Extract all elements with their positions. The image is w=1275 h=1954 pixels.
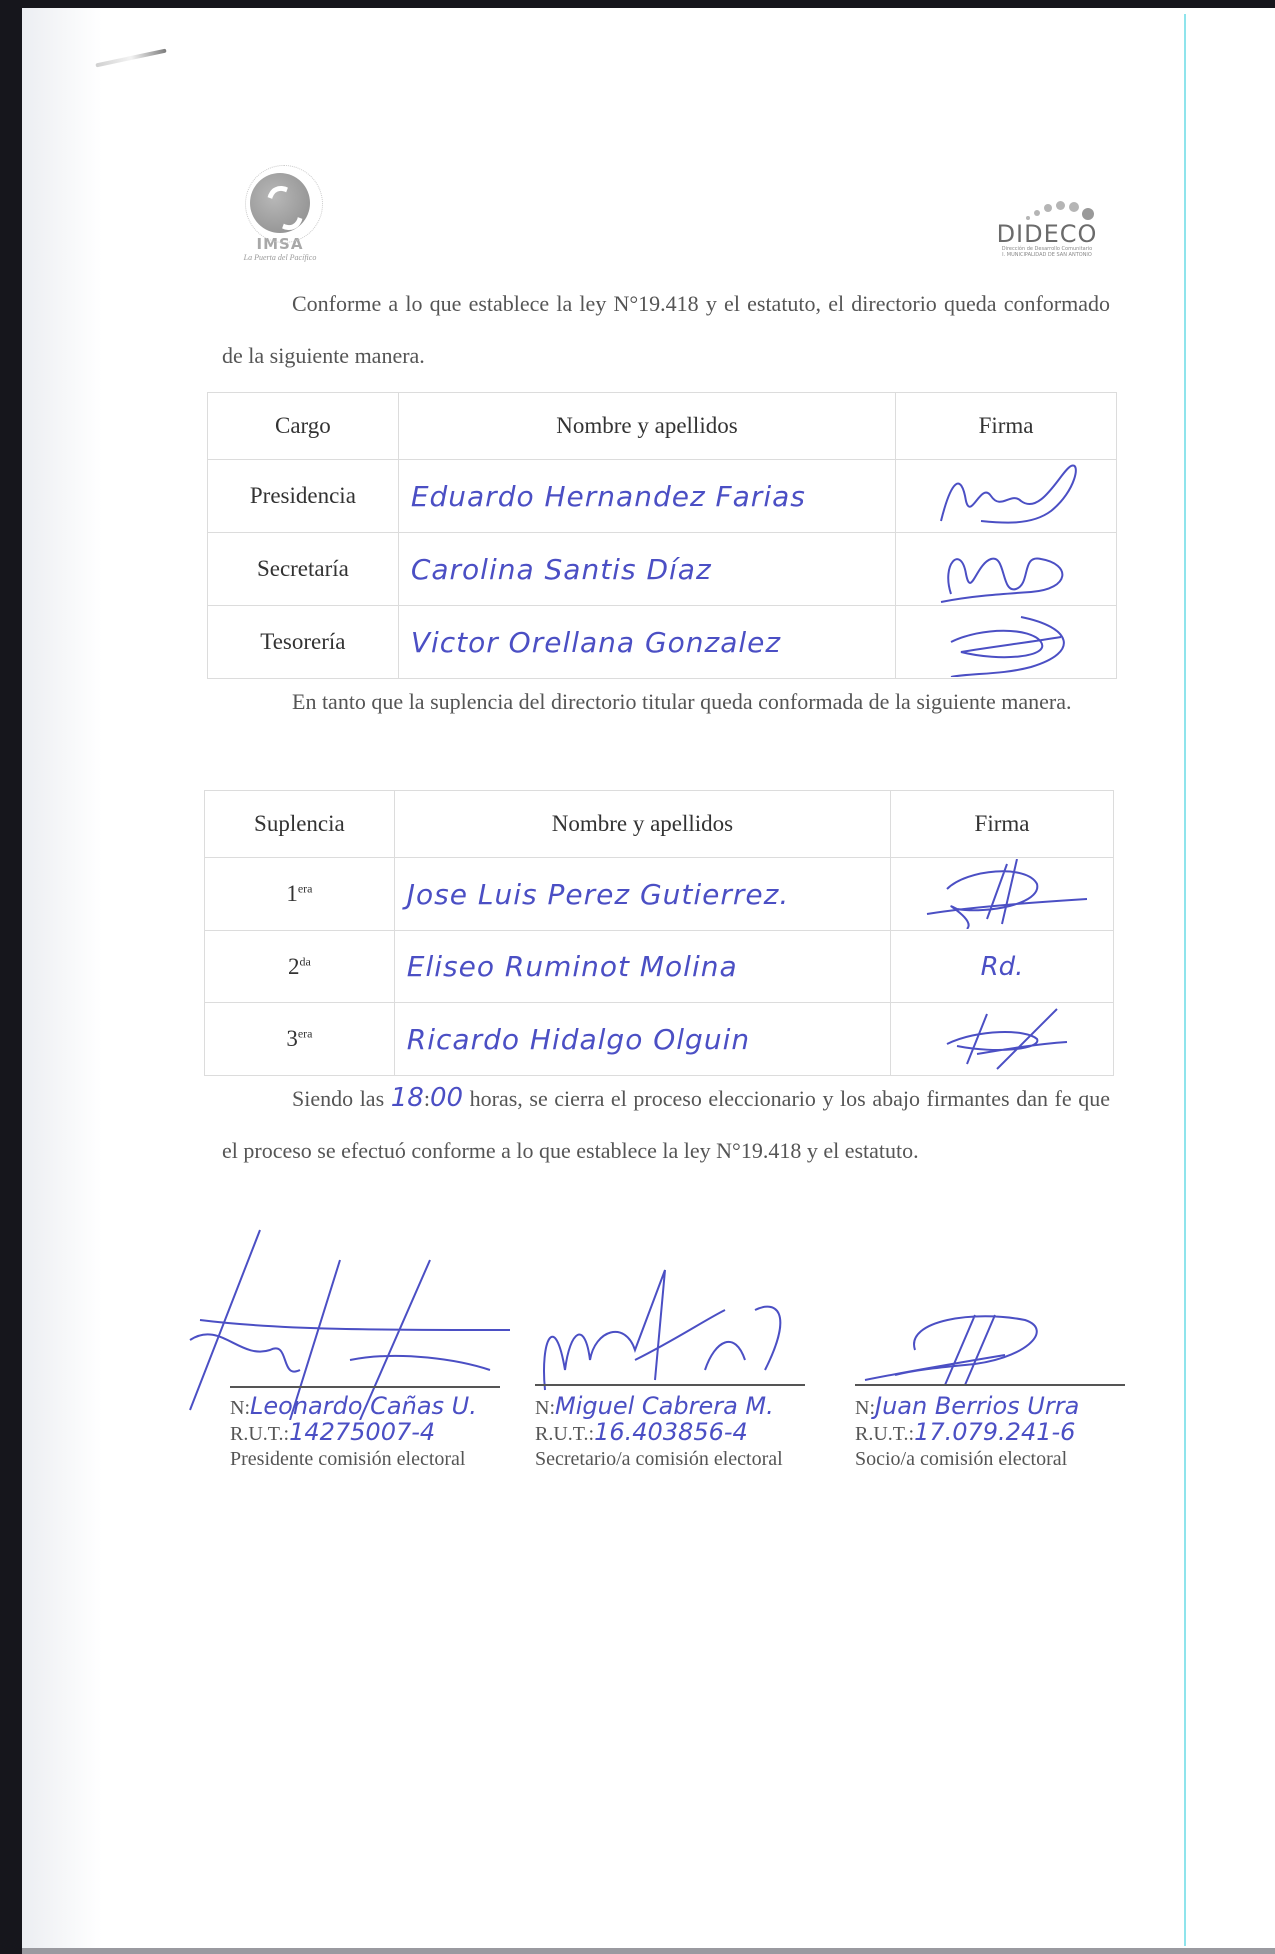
signature-block-secretario: N:Miguel Cabrera M. R.U.T.:16.403856-4 S…: [535, 1260, 805, 1480]
handwritten-rut: 16.403856-4: [594, 1418, 748, 1446]
header-suplencia: Suplencia: [205, 791, 395, 858]
rut-line: R.U.T.:17.079.241-6: [855, 1418, 1075, 1446]
signature-line: [535, 1384, 805, 1386]
header-cargo: Cargo: [208, 393, 399, 460]
closing-prefix: Siendo las: [292, 1086, 384, 1111]
header-nombre: Nombre y apellidos: [398, 393, 895, 460]
directorio-table: Cargo Nombre y apellidos Firma Presidenc…: [207, 392, 1117, 679]
signature-scribble-icon: [907, 859, 1097, 929]
role-label: Secretario/a comisión electoral: [535, 1448, 783, 1471]
handwritten-name: Juan Berrios Urra: [875, 1392, 1079, 1420]
signature-scribble-icon: [535, 1260, 805, 1400]
signature-block-presidente: N:Leonardo Cañas U. R.U.T.:14275007-4 Pr…: [230, 1220, 500, 1480]
signature-cell: [891, 858, 1114, 931]
signature-block-socio: N:Juan Berrios Urra R.U.T.:17.079.241-6 …: [855, 1300, 1125, 1480]
intro-text: Conforme a lo que establece la ley N°19.…: [222, 291, 1110, 368]
signature-cell: Rd.: [891, 931, 1114, 1003]
handwritten-rut: 14275007-4: [289, 1418, 435, 1446]
signature-cell: [896, 606, 1117, 679]
signature-scribble-icon: [921, 607, 1091, 677]
handwritten-name: Ricardo Hidalgo Olguin: [394, 1003, 890, 1076]
handwritten-hour: 18: [391, 1083, 424, 1113]
imsa-globe-icon: [250, 173, 310, 233]
dideco-logo-name: DIDECO: [982, 222, 1112, 246]
handwritten-name: Miguel Cabrera M.: [555, 1392, 774, 1420]
suplencia-paragraph: En tanto que la suplencia del directorio…: [222, 676, 1110, 728]
signature-scribble-icon: [917, 1004, 1087, 1074]
table-row: Presidencia Eduardo Hernandez Farias: [208, 460, 1117, 533]
handwritten-rut: 17.079.241-6: [914, 1418, 1075, 1446]
suplencia-rank: 3era: [205, 1003, 395, 1076]
signature-cell: [896, 533, 1117, 606]
signature-scribble-icon: [180, 1220, 510, 1420]
suplencia-text: En tanto que la suplencia del directorio…: [292, 689, 1071, 714]
signature-line: [230, 1386, 500, 1388]
table-header-row: Suplencia Nombre y apellidos Firma: [205, 791, 1114, 858]
table-row: 1era Jose Luis Perez Gutierrez.: [205, 858, 1114, 931]
handwritten-name: Victor Orellana Gonzalez: [398, 606, 895, 679]
header-firma: Firma: [891, 791, 1114, 858]
signature-scribble-icon: [921, 461, 1091, 531]
table-row: Secretaría Carolina Santis Díaz: [208, 533, 1117, 606]
cargo-cell: Secretaría: [208, 533, 399, 606]
suplencia-rank: 1era: [205, 858, 395, 931]
signature-line: [855, 1384, 1125, 1386]
imsa-logo: IMSA La Puerta del Pacífico: [215, 165, 345, 275]
signature-initials: Rd.: [981, 952, 1024, 982]
closing-paragraph: Siendo las 18:00 horas, se cierra el pro…: [222, 1072, 1110, 1177]
header-firma: Firma: [896, 393, 1117, 460]
table-header-row: Cargo Nombre y apellidos Firma: [208, 393, 1117, 460]
dideco-dots-icon: [982, 196, 1112, 222]
signature-cell: [896, 460, 1117, 533]
margin-guide-line: [1184, 14, 1186, 1946]
cargo-cell: Tesorería: [208, 606, 399, 679]
rut-line: R.U.T.:14275007-4: [230, 1418, 435, 1446]
name-line: N:Leonardo Cañas U.: [230, 1392, 477, 1420]
imsa-logo-tagline: La Puerta del Pacífico: [215, 253, 345, 262]
signature-cell: [891, 1003, 1114, 1076]
cargo-cell: Presidencia: [208, 460, 399, 533]
role-label: Socio/a comisión electoral: [855, 1448, 1067, 1471]
handwritten-name: Eliseo Ruminot Molina: [394, 931, 890, 1003]
table-row: 2da Eliseo Ruminot Molina Rd.: [205, 931, 1114, 1003]
handwritten-name: Leonardo Cañas U.: [250, 1392, 477, 1420]
role-label: Presidente comisión electoral: [230, 1448, 465, 1471]
handwritten-name: Eduardo Hernandez Farias: [398, 460, 895, 533]
name-line: N:Juan Berrios Urra: [855, 1392, 1079, 1420]
scan-shadow: [22, 8, 102, 1954]
intro-paragraph: Conforme a lo que establece la ley N°19.…: [222, 278, 1110, 382]
header-nombre: Nombre y apellidos: [394, 791, 890, 858]
name-line: N:Miguel Cabrera M.: [535, 1392, 774, 1420]
handwritten-name: Carolina Santis Díaz: [398, 533, 895, 606]
table-row: Tesorería Victor Orellana Gonzalez: [208, 606, 1117, 679]
table-row: 3era Ricardo Hidalgo Olguin: [205, 1003, 1114, 1076]
handwritten-name: Jose Luis Perez Gutierrez.: [394, 858, 890, 931]
scan-bottom-edge: [22, 1948, 1275, 1954]
suplencia-table: Suplencia Nombre y apellidos Firma 1era …: [204, 790, 1114, 1076]
rut-line: R.U.T.:16.403856-4: [535, 1418, 748, 1446]
dideco-subtitle-2: I. MUNICIPALIDAD DE SAN ANTONIO: [982, 252, 1112, 258]
suplencia-rank: 2da: [205, 931, 395, 1003]
handwritten-minute: 00: [430, 1083, 463, 1113]
signature-scribble-icon: [855, 1300, 1125, 1390]
signature-scribble-icon: [921, 534, 1091, 604]
dideco-logo: DIDECO Dirección de Desarrollo Comunitar…: [982, 196, 1112, 276]
